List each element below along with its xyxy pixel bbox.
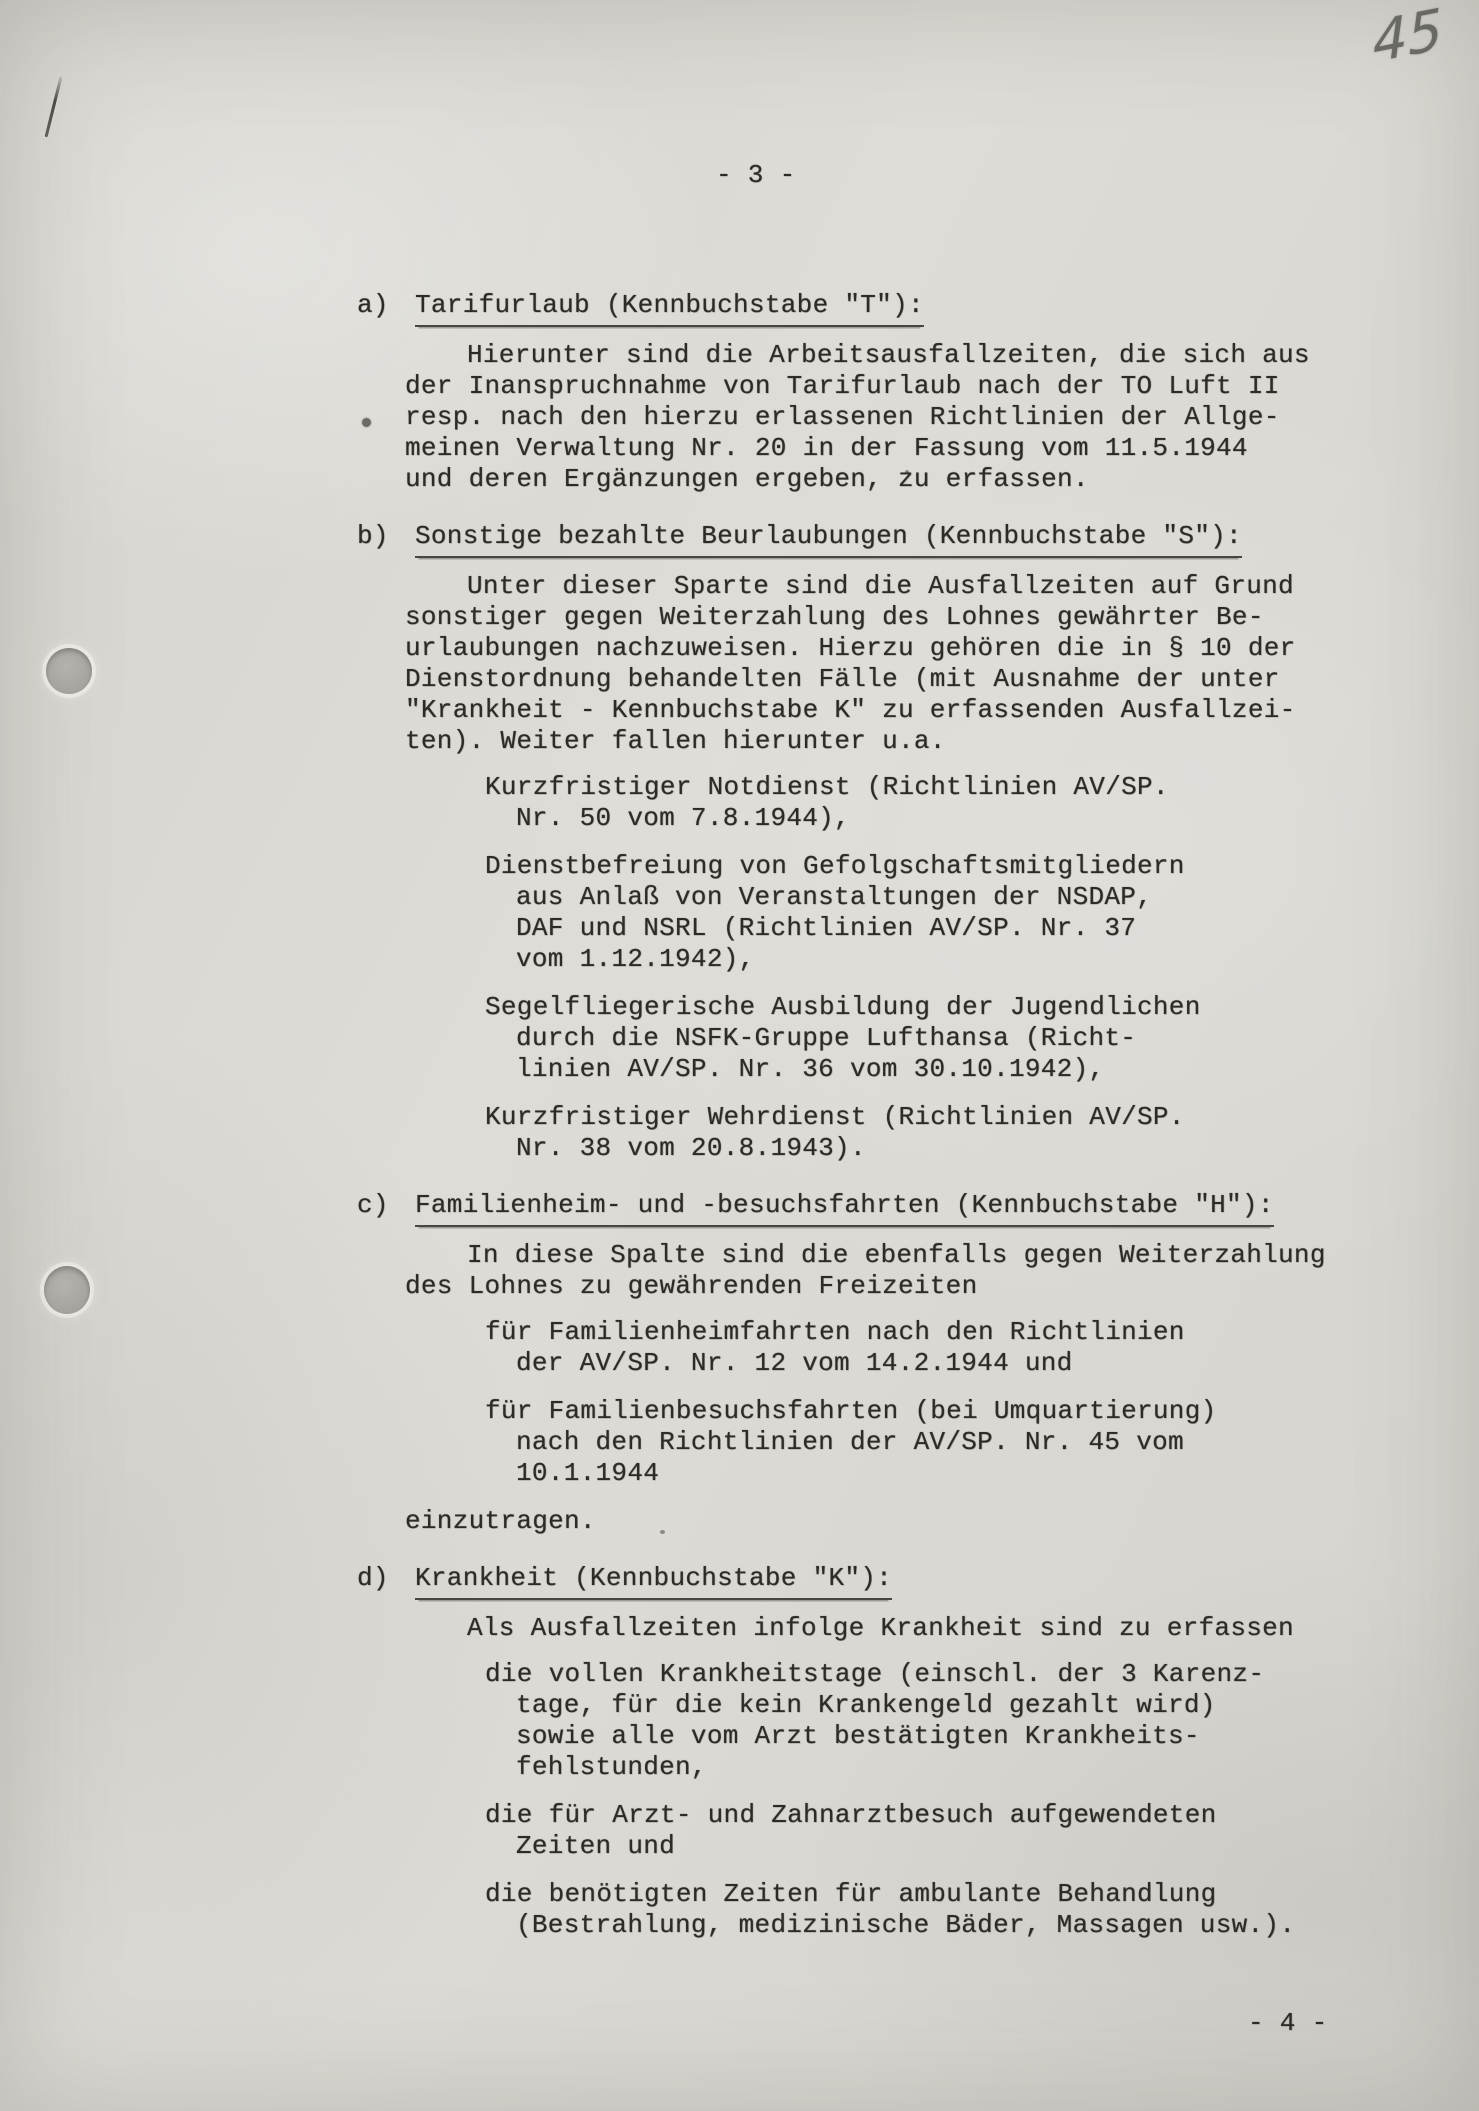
section-heading-row: a) Tarifurlaub (Kennbuchstabe "T"): (357, 290, 1337, 327)
paragraph: Als Ausfallzeiten infolge Krankheit sind… (405, 1613, 1337, 1644)
paragraph: In diese Spalte sind die ebenfalls gegen… (405, 1240, 1337, 1302)
list-item: Kurzfristiger Wehrdienst (Richtlinien AV… (485, 1102, 1337, 1164)
pen-scratch-mark (45, 77, 63, 138)
list-item: für Familienbesuchsfahrten (bei Umquarti… (485, 1396, 1337, 1489)
section-heading-row: b) Sonstige bezahlte Beurlaubungen (Kenn… (357, 521, 1337, 558)
paragraph: Hierunter sind die Arbeitsausfallzeiten,… (405, 340, 1337, 495)
document-page: 45 - 3 - a) Tarifurlaub (Kennbuchstabe "… (0, 0, 1479, 2111)
section-marker: a) (357, 290, 415, 327)
section-heading: Tarifurlaub (Kennbuchstabe "T"): (415, 290, 924, 327)
section-marker: d) (357, 1563, 415, 1600)
section-familienfahrten: c) Familienheim- und -besuchsfahrten (Ke… (357, 1190, 1337, 1537)
punch-hole (46, 648, 92, 694)
section-heading: Familienheim- und -besuchsfahrten (Kennb… (415, 1190, 1274, 1227)
section-heading: Sonstige bezahlte Beurlaubungen (Kennbuc… (415, 521, 1242, 558)
page-number-top: - 3 - (716, 160, 796, 191)
section-heading-row: c) Familienheim- und -besuchsfahrten (Ke… (357, 1190, 1337, 1227)
section-heading: Krankheit (Kennbuchstabe "K"): (415, 1563, 892, 1600)
page-number-bottom: - 4 - (1248, 2008, 1328, 2039)
list-item: die für Arzt- und Zahnarztbesuch aufgewe… (485, 1800, 1337, 1862)
list-item: Kurzfristiger Notdienst (Richtlinien AV/… (485, 772, 1337, 834)
list-item: Segelfliegerische Ausbildung der Jugendl… (485, 992, 1337, 1085)
section-tarifurlaub: a) Tarifurlaub (Kennbuchstabe "T"): Hier… (357, 290, 1337, 495)
section-sonstige-beurlaubungen: b) Sonstige bezahlte Beurlaubungen (Kenn… (357, 521, 1337, 1164)
handwritten-page-number: 45 (1371, 0, 1444, 76)
section-marker: c) (357, 1190, 415, 1227)
list-item: für Familienheimfahrten nach den Richtli… (485, 1317, 1337, 1379)
paragraph: Unter dieser Sparte sind die Ausfallzeit… (405, 571, 1337, 757)
section-heading-row: d) Krankheit (Kennbuchstabe "K"): (357, 1563, 1337, 1600)
section-krankheit: d) Krankheit (Kennbuchstabe "K"): Als Au… (357, 1563, 1337, 1941)
list-item: die vollen Krankheitstage (einschl. der … (485, 1659, 1337, 1783)
section-marker: b) (357, 521, 415, 558)
punch-hole (44, 1266, 90, 1314)
list-item: die benötigten Zeiten für ambulante Beha… (485, 1879, 1337, 1941)
list-item: Dienstbefreiung von Gefolgschaftsmitglie… (485, 851, 1337, 975)
text-column: a) Tarifurlaub (Kennbuchstabe "T"): Hier… (357, 290, 1337, 1958)
closing-line: einzutragen. (405, 1506, 1337, 1537)
